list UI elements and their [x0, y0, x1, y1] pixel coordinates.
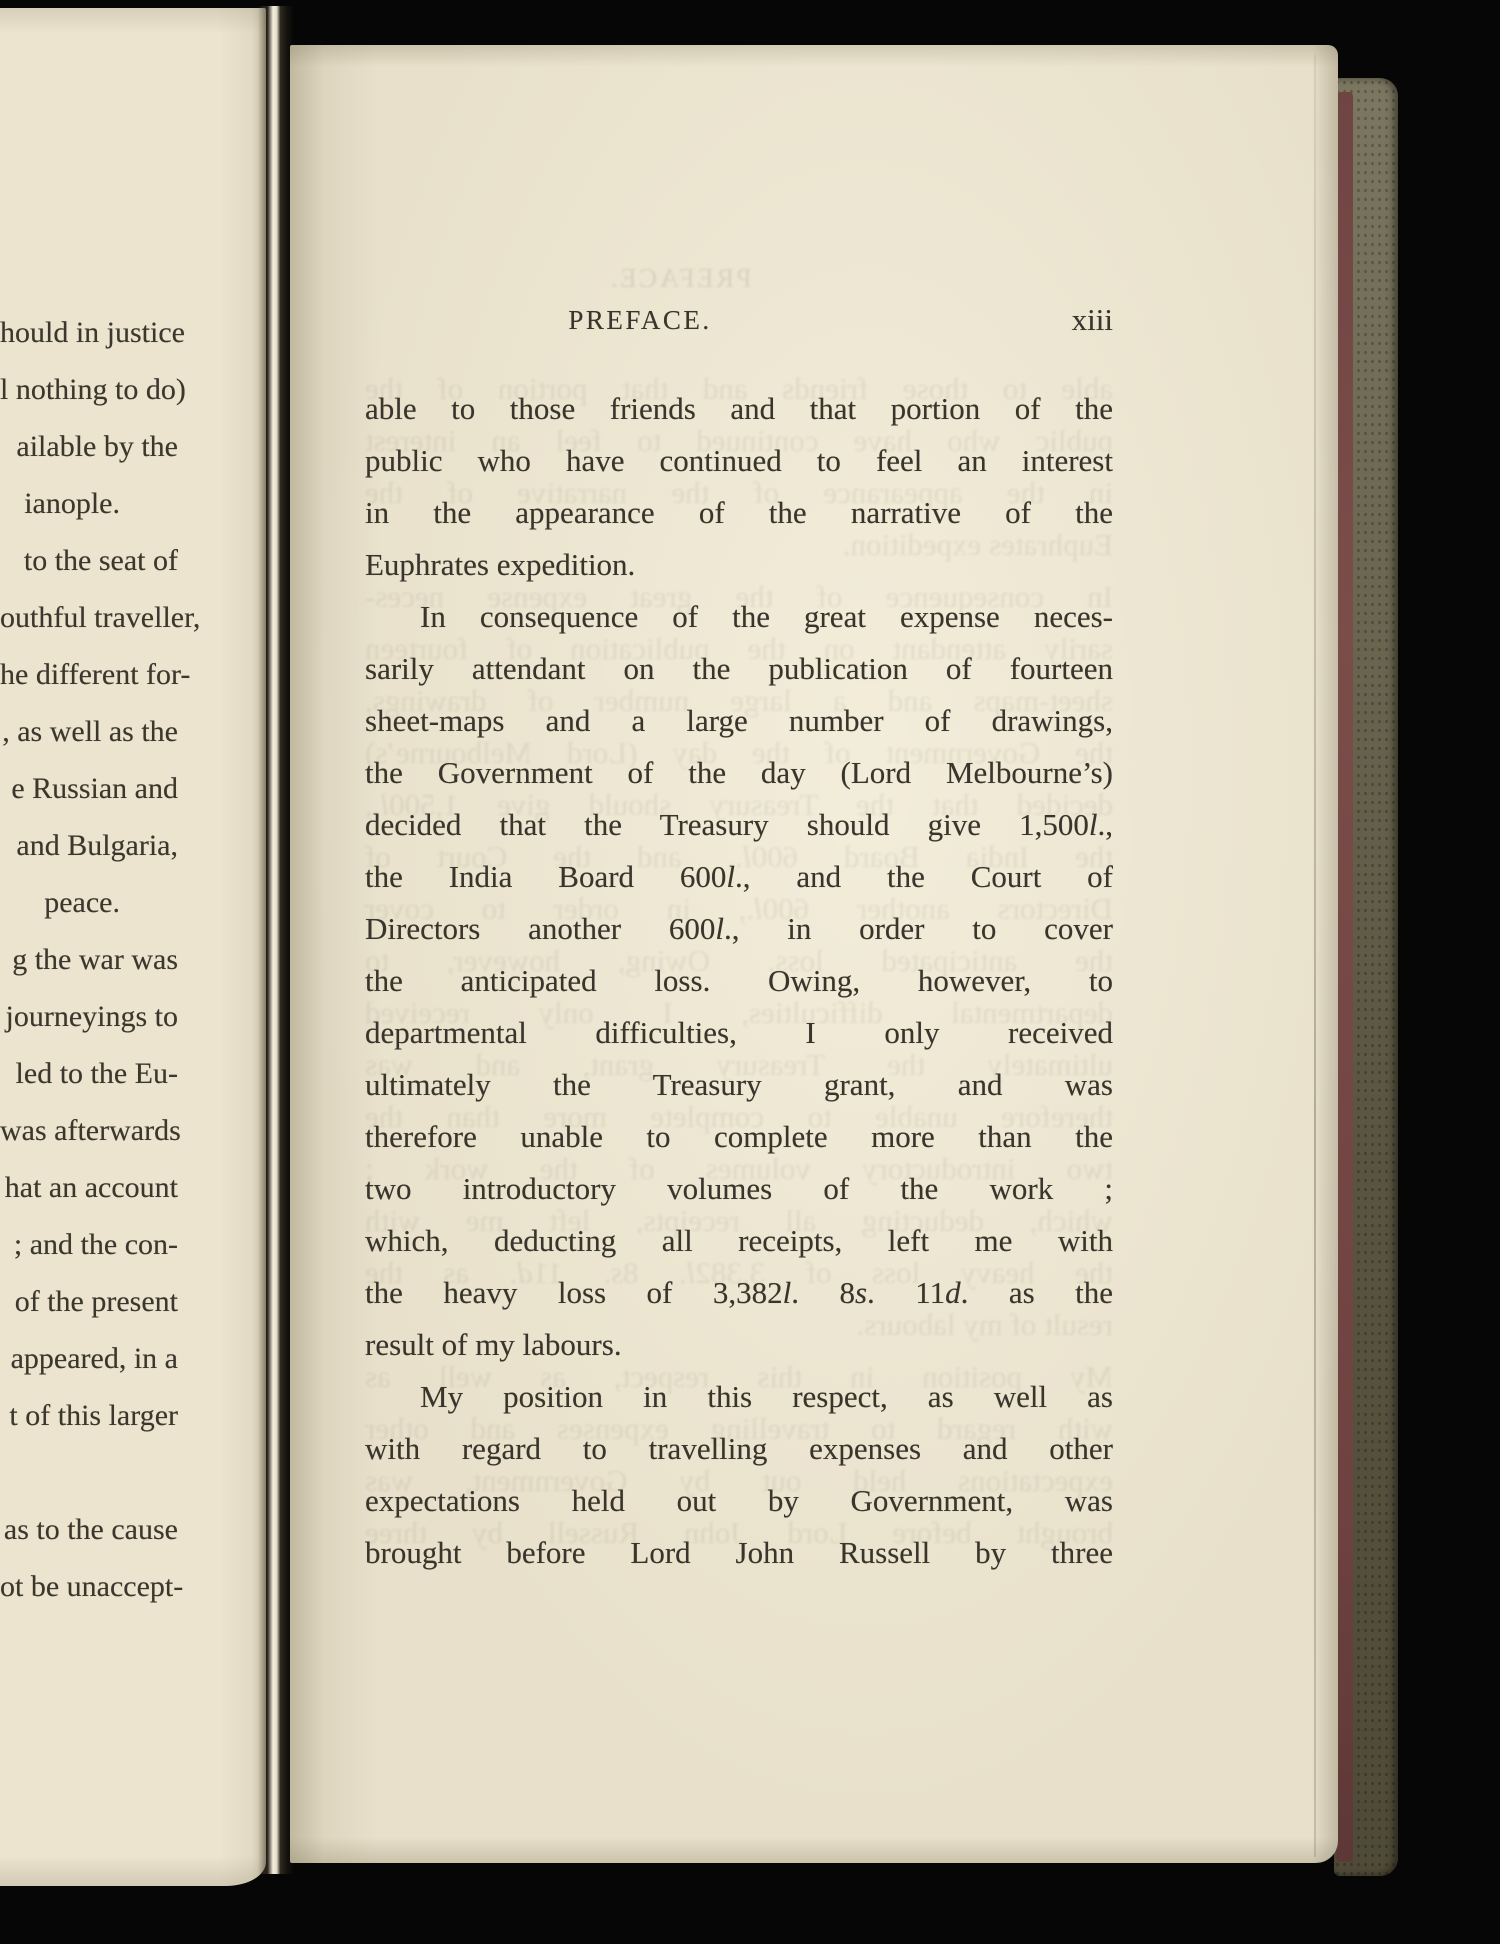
facing-text-line: ot be unaccept- — [0, 1558, 266, 1615]
body-lines: able to those friends and that portion o… — [365, 383, 1113, 1579]
text-line: the India Board 600l., and the Court of — [365, 851, 1113, 903]
facing-text-line: journeyings to — [0, 988, 266, 1045]
facing-text-line: e Russian and — [0, 760, 266, 817]
text-line: which, deducting all receipts, left me w… — [365, 1215, 1113, 1267]
text-line: departmental difficulties, I only receiv… — [365, 1007, 1113, 1059]
facing-text-line: hould in justice — [0, 304, 266, 361]
text-line: expectations held out by Government, was — [365, 1475, 1113, 1527]
facing-text-line — [0, 1444, 266, 1501]
facing-text-line: outhful traveller, — [0, 589, 266, 646]
text-line: ultimately the Treasury grant, and was — [365, 1059, 1113, 1111]
book-photograph: hould in justicel nothing to do)ailable … — [0, 0, 1500, 1944]
running-title: PREFACE. — [266, 297, 1014, 343]
facing-text-line: ianople. — [0, 475, 266, 532]
facing-text-line: of the present — [0, 1273, 266, 1330]
bleed-through-title: PREFACE. — [480, 263, 880, 294]
text-line: brought before Lord John Russell by thre… — [365, 1527, 1113, 1579]
text-line: the heavy loss of 3,382l. 8s. 11d. as th… — [365, 1267, 1113, 1319]
facing-text-line: as to the cause — [0, 1501, 266, 1558]
text-line: Directors another 600l., in order to cov… — [365, 903, 1113, 955]
text-line: sarily attendant on the publication of f… — [365, 643, 1113, 695]
text-line: My position in this respect, as well as — [365, 1371, 1113, 1423]
text-line: two introductory volumes of the work ; — [365, 1163, 1113, 1215]
text-line: therefore unable to complete more than t… — [365, 1111, 1113, 1163]
text-line: in the appearance of the narrative of th… — [365, 487, 1113, 539]
facing-text-line: was afterwards — [0, 1102, 266, 1159]
text-line: the anticipated loss. Owing, however, to — [365, 955, 1113, 1007]
facing-text-line: he different for- — [0, 646, 266, 703]
cover-inner-cloth-strip — [1336, 92, 1353, 1862]
text-line: sheet-maps and a large number of drawing… — [365, 695, 1113, 747]
facing-text-line: ailable by the — [0, 418, 266, 475]
facing-text-line: hat an account — [0, 1159, 266, 1216]
facing-page-text-fragments: hould in justicel nothing to do)ailable … — [0, 304, 266, 1615]
text-line: able to those friends and that portion o… — [365, 383, 1113, 435]
text-line: public who have continued to feel an int… — [365, 435, 1113, 487]
text-line: Euphrates expedition. — [365, 539, 1113, 591]
facing-text-line: t of this larger — [0, 1387, 266, 1444]
facing-text-line: to the seat of — [0, 532, 266, 589]
text-line: result of my labours. — [365, 1319, 1113, 1371]
page-number: xiii — [1072, 297, 1113, 343]
text-line: decided that the Treasury should give 1,… — [365, 799, 1113, 851]
facing-text-line: led to the Eu- — [0, 1045, 266, 1102]
facing-page-fragment: hould in justicel nothing to do)ailable … — [0, 8, 266, 1886]
text-line: In consequence of the great expense nece… — [365, 591, 1113, 643]
facing-text-line: , as well as the — [0, 703, 266, 760]
facing-text-line: appeared, in a — [0, 1330, 266, 1387]
facing-text-line: g the war was — [0, 931, 266, 988]
text-line: the Government of the day (Lord Melbourn… — [365, 747, 1113, 799]
page-stack-edge-line — [1314, 55, 1316, 1857]
facing-text-line: and Bulgaria, — [0, 817, 266, 874]
page-header: PREFACE. xiii — [365, 297, 1113, 343]
facing-text-line: peace. — [0, 874, 266, 931]
facing-text-line: l nothing to do) — [0, 361, 266, 418]
text-line: with regard to travelling expenses and o… — [365, 1423, 1113, 1475]
facing-text-line: ; and the con- — [0, 1216, 266, 1273]
book-gutter — [258, 6, 294, 1874]
preface-page: PREFACE. able to those friends and that … — [290, 45, 1338, 1863]
